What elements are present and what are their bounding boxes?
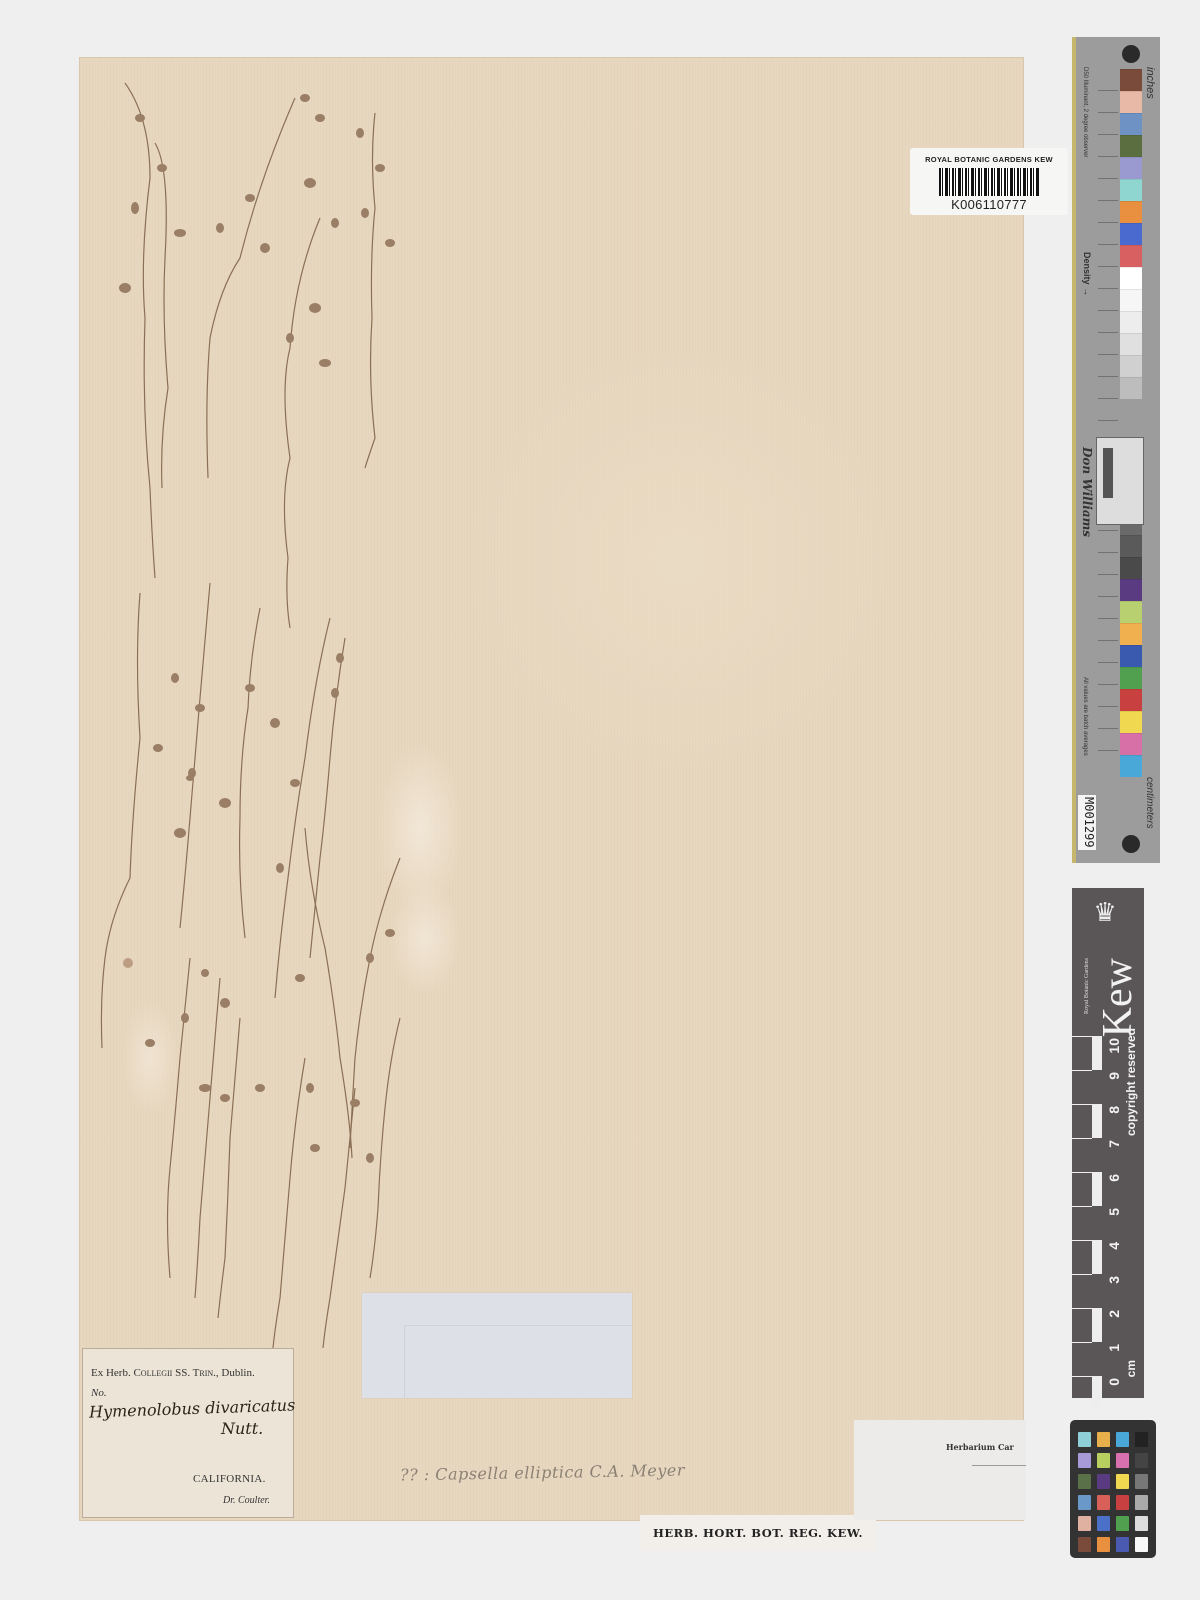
color-swatch <box>1120 579 1142 601</box>
color-swatch <box>1120 223 1142 245</box>
checker-patch <box>1078 1474 1091 1489</box>
kew-sub-brand: Royal Botanic Gardens <box>1084 958 1090 1014</box>
scale-segment-alt <box>1092 1240 1102 1274</box>
kew-stamp-text: HERB. HORT. BOT. REG. KEW. <box>653 1526 863 1540</box>
checker-patch <box>1135 1495 1148 1510</box>
color-swatch <box>1120 201 1142 223</box>
batch-footnote: All values are batch averages <box>1082 677 1088 756</box>
color-swatch <box>1120 333 1142 355</box>
scale-segment-alt <box>1092 1036 1102 1070</box>
scale-number: 10 <box>1106 1038 1122 1054</box>
color-swatch <box>1120 711 1142 733</box>
color-swatch <box>1120 377 1142 399</box>
header-prefix: Ex Herb. <box>91 1367 131 1379</box>
collector: Dr. Coulter. <box>223 1495 270 1506</box>
scale-segment <box>1072 1172 1092 1207</box>
herbarium-label-title: Herbarium Car <box>946 1442 1014 1452</box>
checker-patch <box>1097 1495 1110 1510</box>
scale-segment-alt <box>1092 1104 1102 1138</box>
kew-logo: Kew <box>1094 958 1142 1037</box>
kew-scale-bar: ♛ Kew Royal Botanic Gardens copyright re… <box>1072 888 1144 1398</box>
color-swatch <box>1120 69 1142 91</box>
scale-segment <box>1072 1308 1092 1343</box>
checker-patch <box>1116 1474 1129 1489</box>
color-swatch <box>1120 623 1142 645</box>
scale-number: 5 <box>1106 1208 1122 1216</box>
scale-segment <box>1072 1138 1092 1173</box>
scale-segment-alt <box>1092 1308 1102 1342</box>
checker-patch <box>1135 1453 1148 1468</box>
determination-note: ?? : Capsella elliptica C.A. Meyer <box>400 1461 685 1485</box>
scale-number: 9 <box>1106 1072 1122 1080</box>
kew-herbarium-stamp: HERB. HORT. BOT. REG. KEW. <box>640 1515 876 1551</box>
color-swatch <box>1120 355 1142 377</box>
resolution-target <box>1096 437 1144 525</box>
color-swatch <box>1120 645 1142 667</box>
color-swatch <box>1120 755 1142 777</box>
checker-patch <box>1116 1516 1129 1531</box>
locality: CALIFORNIA. <box>193 1473 266 1485</box>
color-swatch <box>1120 535 1142 557</box>
checker-patch <box>1097 1516 1110 1531</box>
checker-patch <box>1097 1474 1110 1489</box>
header-college: Collegii SS. Trin. <box>133 1367 215 1379</box>
barcode-number: K006110777 <box>910 197 1068 212</box>
density-label: Density → <box>1082 252 1092 296</box>
color-swatch <box>1120 733 1142 755</box>
color-swatch <box>1120 311 1142 333</box>
ruler-hole-icon <box>1122 835 1140 853</box>
herbarium-label-partial: Herbarium Car <box>854 1420 1026 1520</box>
color-swatch <box>1120 135 1142 157</box>
checker-patch <box>1116 1537 1129 1552</box>
scale-segment <box>1072 1036 1092 1071</box>
fragment-packet <box>362 1293 632 1398</box>
scale-number: 6 <box>1106 1174 1122 1182</box>
scale-number: 1 <box>1106 1344 1122 1352</box>
checker-patch <box>1097 1537 1110 1552</box>
label-header: Ex Herb. Collegii SS. Trin., Dublin. <box>91 1367 255 1379</box>
scale-segment-alt <box>1092 1376 1102 1410</box>
scale-segment <box>1072 1376 1092 1411</box>
ruler-brand: Don Williams <box>1080 447 1094 537</box>
checker-patch <box>1116 1495 1129 1510</box>
checker-patch <box>1135 1516 1148 1531</box>
checker-patch <box>1078 1453 1091 1468</box>
centimeter-scale <box>1072 1036 1102 1381</box>
scale-segment <box>1072 1342 1092 1377</box>
color-swatch <box>1120 289 1142 311</box>
barcode <box>939 168 1039 196</box>
taxon-name: Hymenolobus divaricatus <box>89 1395 296 1421</box>
scale-number: 2 <box>1106 1310 1122 1318</box>
pressed-plant-specimens <box>80 58 500 1388</box>
scale-segment <box>1072 1274 1092 1309</box>
color-swatch <box>1120 91 1142 113</box>
copyright-notice: copyright reserved <box>1124 1028 1138 1136</box>
collection-label: Ex Herb. Collegii SS. Trin., Dublin. No.… <box>82 1348 294 1518</box>
packet-flap <box>404 1325 632 1398</box>
checker-patch <box>1078 1516 1091 1531</box>
scale-segment <box>1072 1104 1092 1139</box>
scale-segment-alt <box>1092 1172 1102 1206</box>
taxon-author: Nutt. <box>221 1419 263 1438</box>
scale-number: 7 <box>1106 1140 1122 1148</box>
color-swatch <box>1120 689 1142 711</box>
scale-number: 0 <box>1106 1378 1122 1386</box>
scale-segment <box>1072 1240 1092 1275</box>
checker-patch <box>1135 1474 1148 1489</box>
checker-patch <box>1135 1537 1148 1552</box>
checker-patch <box>1078 1495 1091 1510</box>
color-swatch <box>1120 157 1142 179</box>
color-swatch <box>1120 601 1142 623</box>
target-block <box>1103 448 1113 498</box>
herbarium-sheet: ROYAL BOTANIC GARDENS KEW K006110777 ?? … <box>80 58 1023 1520</box>
ruler-hole-icon <box>1122 45 1140 63</box>
checker-patch <box>1078 1537 1091 1552</box>
checker-patch <box>1097 1432 1110 1447</box>
checker-patch <box>1078 1432 1091 1447</box>
centimeters-label: centimeters <box>1144 777 1155 829</box>
checker-patch <box>1116 1432 1129 1447</box>
checker-patch <box>1097 1453 1110 1468</box>
color-swatch <box>1120 179 1142 201</box>
royal-crest-icon: ♛ <box>1090 896 1120 930</box>
color-checker-card <box>1070 1420 1156 1558</box>
color-swatch <box>1120 245 1142 267</box>
scale-segment <box>1072 1070 1092 1105</box>
header-suffix: , Dublin. <box>216 1367 255 1379</box>
scale-segment <box>1072 1206 1092 1241</box>
color-swatch <box>1120 557 1142 579</box>
color-swatch <box>1120 667 1142 689</box>
ruler-color-swatches <box>1120 69 1142 777</box>
color-swatch <box>1120 267 1142 289</box>
illuminant-note: D50 Illuminant, 2 degree observer <box>1082 67 1088 157</box>
label-number: No. <box>91 1387 107 1399</box>
color-calibration-ruler: inches D50 Illuminant, 2 degree observer… <box>1072 37 1160 863</box>
ruler-id: M001299 <box>1078 795 1096 850</box>
label-rule <box>972 1465 1026 1466</box>
checker-patch <box>1135 1432 1148 1447</box>
color-swatch <box>1120 113 1142 135</box>
scale-number: 3 <box>1106 1276 1122 1284</box>
barcode-label: ROYAL BOTANIC GARDENS KEW K006110777 <box>910 148 1068 215</box>
scale-number: 4 <box>1106 1242 1122 1250</box>
cm-unit-label: cm <box>1124 1360 1138 1377</box>
inches-label: inches <box>1144 67 1156 99</box>
density-value-grid <box>1098 69 1118 769</box>
checker-patch <box>1116 1453 1129 1468</box>
scale-number: 8 <box>1106 1106 1122 1114</box>
institution-name: ROYAL BOTANIC GARDENS KEW <box>910 155 1068 164</box>
